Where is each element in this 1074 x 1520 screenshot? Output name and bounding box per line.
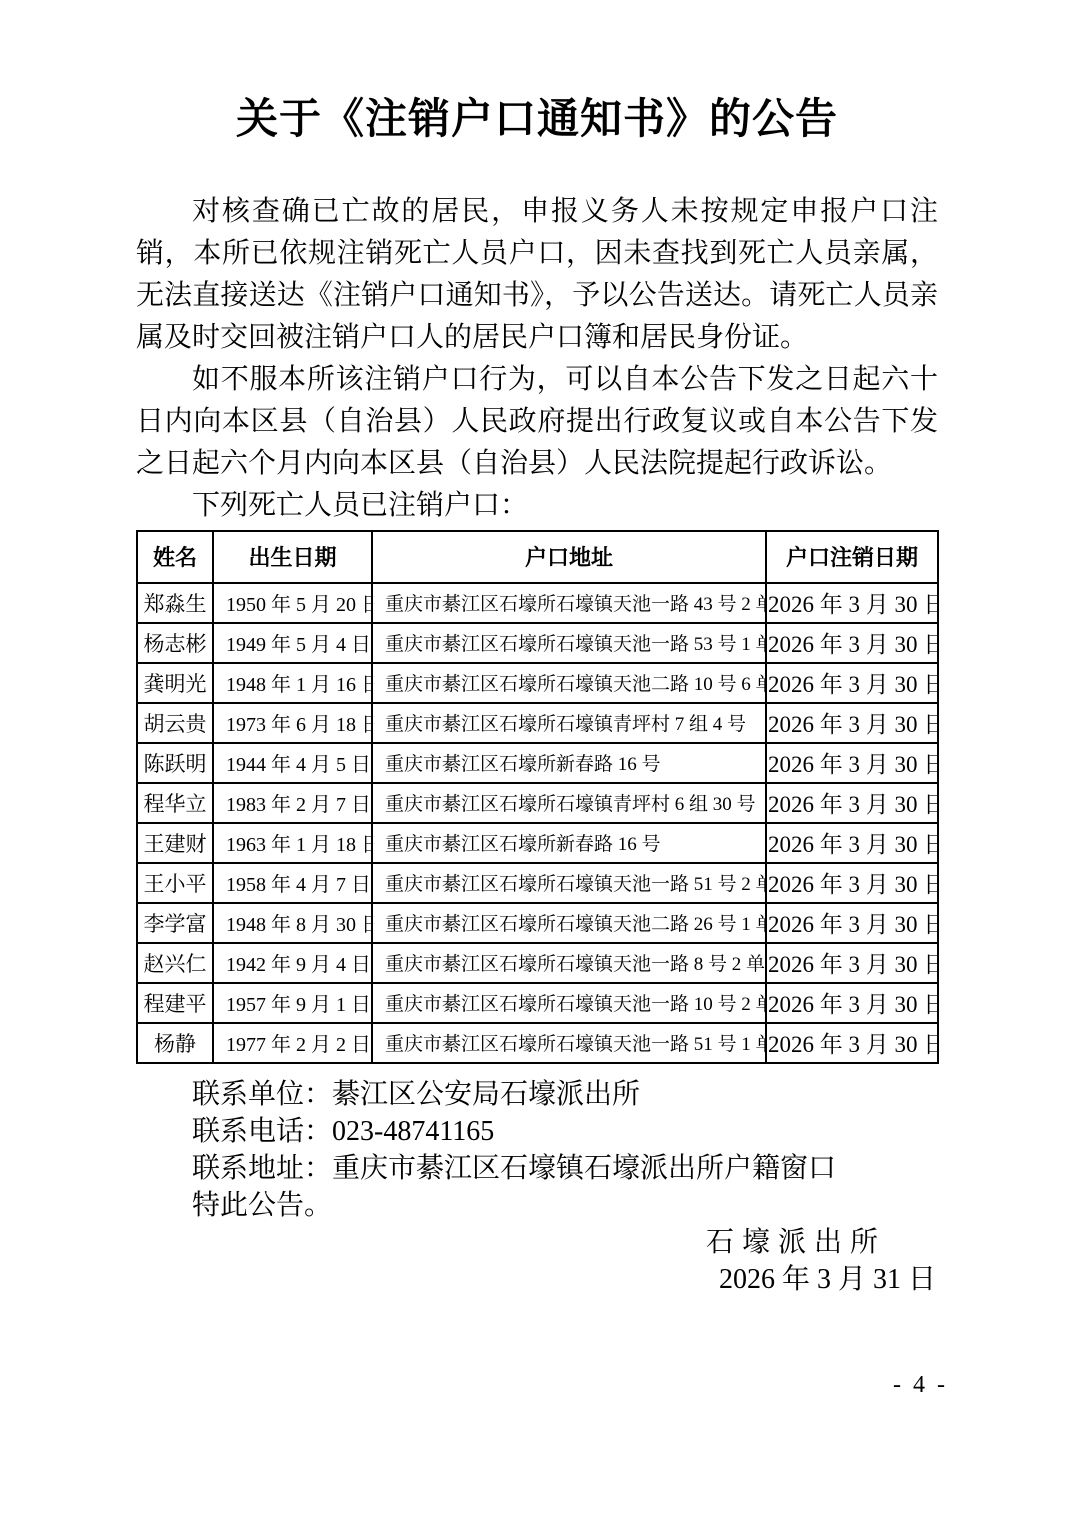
table-row: 杨志彬1949 年 5 月 4 日重庆市綦江区石壕所石壕镇天池一路 53 号 1… (137, 623, 938, 663)
address-cell: 重庆市綦江区石壕所石壕镇天池一路 43 号 2 单元 4-1 (372, 583, 766, 623)
birth-date-cell: 1963 年 1 月 18 日 (213, 823, 372, 863)
header-birth-date: 出生日期 (213, 531, 372, 583)
name-cell: 赵兴仁 (137, 943, 213, 983)
closing-line: 特此公告。 (192, 1187, 938, 1224)
contact-block: 联系单位：綦江区公安局石壕派出所 联系电话：023-48741165 联系地址：… (192, 1076, 938, 1224)
address-cell: 重庆市綦江区石壕所新春路 16 号 (372, 823, 766, 863)
cancel-date-cell: 2026 年 3 月 30 日 (766, 703, 938, 743)
contact-address-line: 联系地址：重庆市綦江区石壕镇石壕派出所户籍窗口 (192, 1150, 938, 1187)
table-row: 郑淼生1950 年 5 月 20 日重庆市綦江区石壕所石壕镇天池一路 43 号 … (137, 583, 938, 623)
cancel-date-cell: 2026 年 3 月 30 日 (766, 983, 938, 1023)
cancel-date-cell: 2026 年 3 月 30 日 (766, 943, 938, 983)
name-cell: 龚明光 (137, 663, 213, 703)
signature-date: 2026 年 3 月 31 日 (136, 1261, 938, 1298)
table-row: 胡云贵1973 年 6 月 18 日重庆市綦江区石壕所石壕镇青坪村 7 组 4 … (137, 703, 938, 743)
table-row: 程建平1957 年 9 月 1 日重庆市綦江区石壕所石壕镇天池一路 10 号 2… (137, 983, 938, 1023)
deceased-table: 姓名 出生日期 户口地址 户口注销日期 郑淼生1950 年 5 月 20 日重庆… (136, 530, 939, 1064)
birth-date-cell: 1950 年 5 月 20 日 (213, 583, 372, 623)
notice-paragraph-1: 对核查确已亡故的居民，申报义务人未按规定申报户口注销，本所已依规注销死亡人员户口… (136, 191, 938, 359)
signature-block: 石壕派出所 2026 年 3 月 31 日 (136, 1224, 938, 1298)
address-cell: 重庆市綦江区石壕所石壕镇天池一路 10 号 2 单元 4-2 (372, 983, 766, 1023)
birth-date-cell: 1983 年 2 月 7 日 (213, 783, 372, 823)
header-address: 户口地址 (372, 531, 766, 583)
page-number: - 4 - (893, 1372, 948, 1399)
notice-page: 关于《注销户口通知书》的公告 对核查确已亡故的居民，申报义务人未按规定申报户口注… (0, 0, 1074, 1520)
table-row: 赵兴仁1942 年 9 月 4 日重庆市綦江区石壕所石壕镇天池一路 8 号 2 … (137, 943, 938, 983)
cancel-date-cell: 2026 年 3 月 30 日 (766, 663, 938, 703)
address-cell: 重庆市綦江区石壕所石壕镇青坪村 7 组 4 号 (372, 703, 766, 743)
table-row: 杨静1977 年 2 月 2 日重庆市綦江区石壕所石壕镇天池一路 51 号 1 … (137, 1023, 938, 1063)
address-cell: 重庆市綦江区石壕所石壕镇天池二路 26 号 1 单元 1-1 (372, 903, 766, 943)
cancel-date-cell: 2026 年 3 月 30 日 (766, 583, 938, 623)
birth-date-cell: 1973 年 6 月 18 日 (213, 703, 372, 743)
birth-date-cell: 1948 年 8 月 30 日 (213, 903, 372, 943)
name-cell: 李学富 (137, 903, 213, 943)
address-cell: 重庆市綦江区石壕所石壕镇天池一路 53 号 1 单元 5-2 (372, 623, 766, 663)
birth-date-cell: 1944 年 4 月 5 日 (213, 743, 372, 783)
name-cell: 王小平 (137, 863, 213, 903)
cancel-date-cell: 2026 年 3 月 30 日 (766, 863, 938, 903)
signature-org: 石壕派出所 (136, 1224, 938, 1261)
birth-date-cell: 1957 年 9 月 1 日 (213, 983, 372, 1023)
birth-date-cell: 1942 年 9 月 4 日 (213, 943, 372, 983)
birth-date-cell: 1958 年 4 月 7 日 (213, 863, 372, 903)
table-row: 王小平1958 年 4 月 7 日重庆市綦江区石壕所石壕镇天池一路 51 号 2… (137, 863, 938, 903)
header-name: 姓名 (137, 531, 213, 583)
deceased-table-head: 姓名 出生日期 户口地址 户口注销日期 (137, 531, 938, 583)
address-cell: 重庆市綦江区石壕所新春路 16 号 (372, 743, 766, 783)
name-cell: 程华立 (137, 783, 213, 823)
deceased-table-body: 郑淼生1950 年 5 月 20 日重庆市綦江区石壕所石壕镇天池一路 43 号 … (137, 583, 938, 1063)
address-cell: 重庆市綦江区石壕所石壕镇天池一路 51 号 2 单元 3-2 (372, 863, 766, 903)
cancel-date-cell: 2026 年 3 月 30 日 (766, 623, 938, 663)
address-cell: 重庆市綦江区石壕所石壕镇天池一路 51 号 1 单元 1-1 (372, 1023, 766, 1063)
header-cancel-date: 户口注销日期 (766, 531, 938, 583)
contact-unit-line: 联系单位：綦江区公安局石壕派出所 (192, 1076, 938, 1113)
table-row: 龚明光1948 年 1 月 16 日重庆市綦江区石壕所石壕镇天池二路 10 号 … (137, 663, 938, 703)
name-cell: 郑淼生 (137, 583, 213, 623)
table-row: 陈跃明1944 年 4 月 5 日重庆市綦江区石壕所新春路 16 号2026 年… (137, 743, 938, 783)
cancel-date-cell: 2026 年 3 月 30 日 (766, 903, 938, 943)
cancel-date-cell: 2026 年 3 月 30 日 (766, 783, 938, 823)
name-cell: 胡云贵 (137, 703, 213, 743)
table-header-row: 姓名 出生日期 户口地址 户口注销日期 (137, 531, 938, 583)
name-cell: 杨静 (137, 1023, 213, 1063)
name-cell: 程建平 (137, 983, 213, 1023)
address-cell: 重庆市綦江区石壕所石壕镇天池二路 10 号 6 单元 6-1 (372, 663, 766, 703)
birth-date-cell: 1977 年 2 月 2 日 (213, 1023, 372, 1063)
table-row: 李学富1948 年 8 月 30 日重庆市綦江区石壕所石壕镇天池二路 26 号 … (137, 903, 938, 943)
table-row: 程华立1983 年 2 月 7 日重庆市綦江区石壕所石壕镇青坪村 6 组 30 … (137, 783, 938, 823)
contact-phone-line: 联系电话：023-48741165 (192, 1113, 938, 1150)
birth-date-cell: 1948 年 1 月 16 日 (213, 663, 372, 703)
name-cell: 陈跃明 (137, 743, 213, 783)
address-cell: 重庆市綦江区石壕所石壕镇天池一路 8 号 2 单元 3-2 (372, 943, 766, 983)
notice-content: 关于《注销户口通知书》的公告 对核查确已亡故的居民，申报义务人未按规定申报户口注… (0, 0, 1074, 1298)
notice-body: 对核查确已亡故的居民，申报义务人未按规定申报户口注销，本所已依规注销死亡人员户口… (136, 191, 938, 527)
notice-paragraph-2: 如不服本所该注销户口行为，可以自本公告下发之日起六十日内向本区县（自治县）人民政… (136, 359, 938, 485)
cancel-date-cell: 2026 年 3 月 30 日 (766, 743, 938, 783)
birth-date-cell: 1949 年 5 月 4 日 (213, 623, 372, 663)
cancel-date-cell: 2026 年 3 月 30 日 (766, 823, 938, 863)
name-cell: 杨志彬 (137, 623, 213, 663)
notice-title: 关于《注销户口通知书》的公告 (136, 0, 938, 147)
name-cell: 王建财 (137, 823, 213, 863)
cancel-date-cell: 2026 年 3 月 30 日 (766, 1023, 938, 1063)
table-row: 王建财1963 年 1 月 18 日重庆市綦江区石壕所新春路 16 号2026 … (137, 823, 938, 863)
address-cell: 重庆市綦江区石壕所石壕镇青坪村 6 组 30 号 (372, 783, 766, 823)
notice-paragraph-3: 下列死亡人员已注销户口： (136, 485, 938, 527)
